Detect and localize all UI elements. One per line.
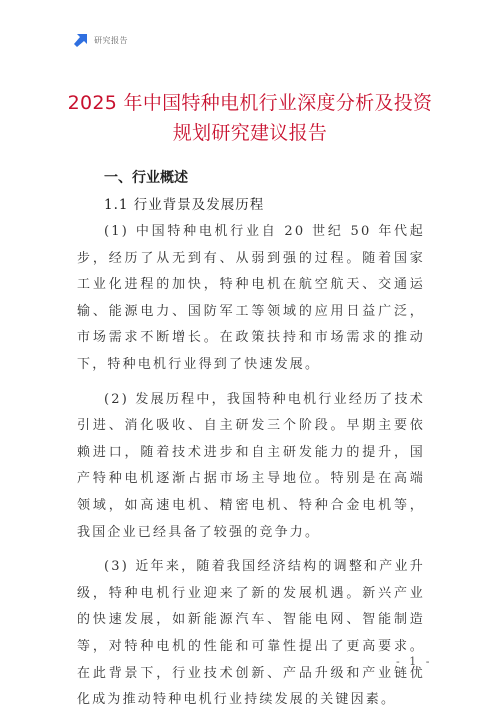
paragraph-2: (2) 发展历程中，我国特种电机行业经历了技术引进、消化吸收、自主研发三个阶段。… (77, 387, 425, 547)
report-header: 研究报告 (74, 34, 128, 47)
document-body: 一、行业概述 1.1 行业背景及发展历程 (1) 中国特种电机行业自 20 世纪… (77, 165, 425, 707)
section-heading: 一、行业概述 (104, 165, 425, 192)
paragraph-3: (3) 近年来，随着我国经济结构的调整和产业升级，特种电机行业迎来了新的发展机遇… (77, 554, 425, 707)
page-number: - 1 - (396, 655, 432, 668)
arrow-up-right-icon (74, 34, 87, 47)
header-label: 研究报告 (94, 35, 128, 46)
title-line-1: 2025 年中国特种电机行业深度分析及投资 (40, 88, 460, 118)
title-line-2: 规划研究建议报告 (40, 118, 460, 148)
document-title: 2025 年中国特种电机行业深度分析及投资 规划研究建议报告 (40, 88, 460, 148)
subsection-heading: 1.1 行业背景及发展历程 (104, 192, 425, 219)
paragraph-1: (1) 中国特种电机行业自 20 世纪 50 年代起步，经历了从无到有、从弱到强… (77, 219, 425, 379)
